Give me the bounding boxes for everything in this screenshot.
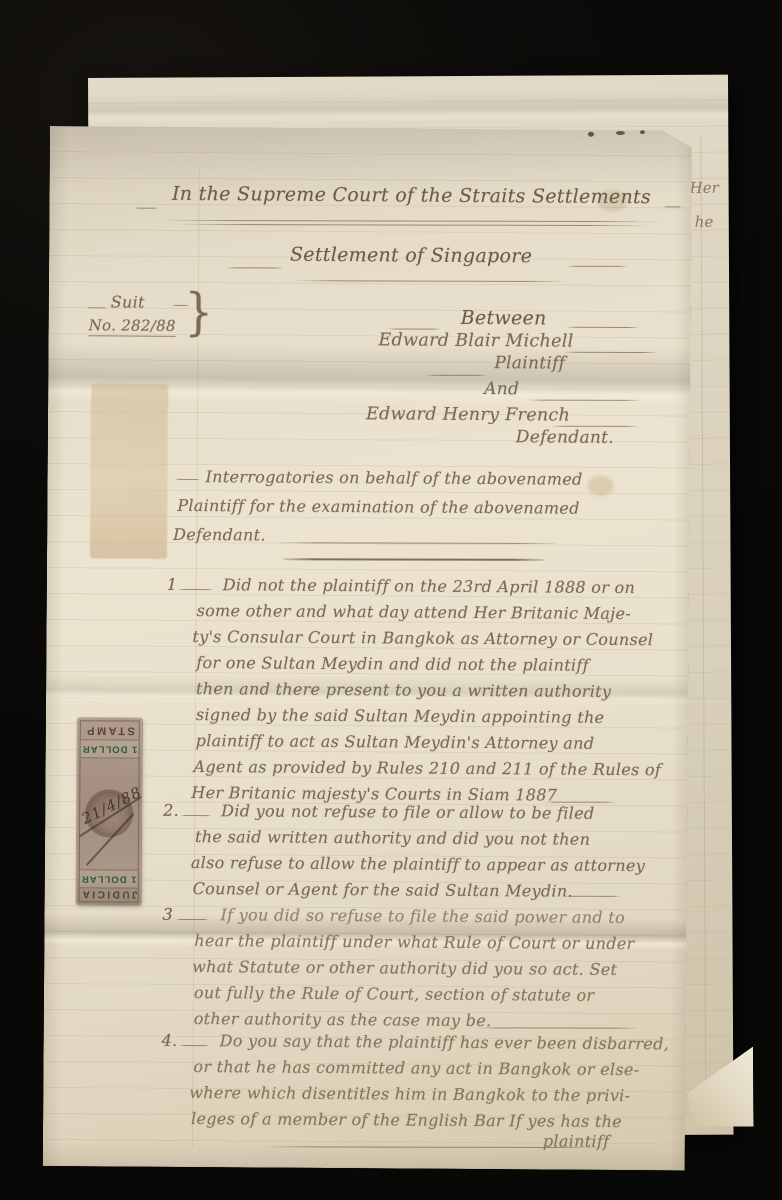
paragraph-line: the said written authority and did you n…	[195, 827, 590, 849]
ink-rule	[279, 542, 557, 544]
ink-dash	[567, 266, 627, 267]
paragraph-line: Counsel or Agent for the said Sultan Mey…	[193, 879, 573, 901]
plaintiff-label: Plaintiff	[494, 353, 565, 373]
stamp-face: JUDICIAL 1 DOLLAR 1 DOLLAR STAMP	[80, 721, 139, 901]
queen-portrait-medallion	[87, 792, 131, 836]
ink-rule	[567, 327, 639, 328]
paper-stain	[587, 476, 613, 496]
preamble-line: Defendant.	[173, 525, 266, 545]
paragraph-line: Do you say that the plaintiff has ever b…	[220, 1031, 670, 1053]
ink-dash	[176, 919, 208, 920]
paragraph-line: out fully the Rule of Court, section of …	[194, 983, 595, 1005]
paragraph-line: plaintiff to act as Sultan Meydin's Atto…	[196, 731, 595, 753]
paragraph-line: some other and what day attend Her Brita…	[197, 601, 631, 623]
heading-underline	[297, 280, 563, 282]
stamp-value-label: 1 DOLLAR	[80, 869, 138, 888]
paragraph-line: or that he has committed any act in Bang…	[193, 1057, 639, 1079]
suit-brace: }	[184, 283, 213, 342]
ink-rule	[565, 896, 621, 897]
paper-speck	[640, 130, 645, 134]
paragraph-number: 4.	[162, 1031, 178, 1050]
paragraph-line: other authority as the case may be.	[194, 1009, 492, 1030]
settlement-heading: Settlement of Singapore	[261, 243, 561, 267]
folded-corner	[687, 1047, 753, 1127]
court-heading: In the Supreme Court of the Straits Sett…	[161, 183, 661, 208]
paragraph-line: then and there present to you a written …	[196, 679, 611, 701]
defendant-label: Defendant.	[516, 427, 614, 448]
stamp-word-label: STAMP	[81, 721, 139, 739]
back-page-text-fragment: Her	[690, 179, 719, 197]
heading-underline	[181, 224, 647, 226]
and-word: And	[484, 379, 519, 399]
heading-underline	[167, 220, 659, 222]
stamp-value-label: 1 DOLLAR	[81, 739, 139, 758]
paragraph-line: for one Sultan Meydin and did not the pl…	[196, 653, 589, 675]
ink-dash	[663, 206, 681, 207]
paper-speck	[616, 131, 625, 135]
front-page: In the Supreme Court of the Straits Sett…	[43, 126, 692, 1170]
paragraph-line: ty's Consular Court in Bangkok as Attorn…	[192, 627, 653, 649]
paragraph-line: where which disentitles him in Bangkok t…	[189, 1083, 630, 1105]
stamp-judicial-label: JUDICIAL	[80, 888, 138, 901]
preamble-line: Plaintiff for the examination of the abo…	[177, 496, 579, 518]
paragraph-line: also refuse to allow the plaintiff to ap…	[191, 853, 645, 875]
paper-speck	[588, 132, 594, 137]
ink-rule	[564, 352, 656, 353]
back-page-crease	[88, 91, 728, 124]
ink-dash	[135, 208, 157, 209]
catchword: plaintiff	[543, 1131, 610, 1150]
ink-dash	[180, 1045, 210, 1046]
preamble-line: Interrogatories on behalf of the abovena…	[205, 467, 582, 489]
revenue-stamp: JUDICIAL 1 DOLLAR 1 DOLLAR STAMP 21/4/88	[77, 718, 142, 904]
tape-stain	[90, 383, 168, 559]
defendant-name: Edward Henry French	[366, 404, 570, 425]
between-word: Between	[449, 307, 559, 330]
back-page-margin-line	[700, 135, 706, 1085]
paragraph-line: If you did so refuse to file the said po…	[220, 905, 625, 927]
ink-dash	[227, 267, 283, 268]
paragraph-number: 1	[167, 575, 178, 594]
paragraph-line: what Statute or other authority did you …	[192, 957, 617, 979]
back-page-text-fragment: he	[695, 213, 714, 231]
ink-dash	[87, 307, 107, 308]
paragraph-line: Agent as provided by Rules 210 and 211 o…	[193, 757, 661, 779]
suit-number: No. 282/88	[89, 316, 176, 337]
stamp-medallion	[80, 758, 139, 869]
paragraph-line: Did you not refuse to file or allow to b…	[221, 801, 594, 823]
paragraph-number: 3	[162, 905, 173, 924]
suit-label: Suit	[111, 292, 145, 311]
photograph-stage: Her he In the Supreme Court of the Strai…	[0, 0, 782, 1200]
paragraph-line: leges of a member of the English Bar If …	[191, 1109, 622, 1131]
paragraph-number: 2.	[163, 801, 179, 820]
paragraph-line: hear the plaintiff under what Rule of Co…	[194, 931, 634, 953]
ink-dash	[176, 479, 200, 480]
plaintiff-name: Edward Blair Michell	[378, 330, 573, 351]
section-divider-rule	[283, 558, 545, 561]
ink-rule	[478, 1027, 638, 1029]
ink-rule	[426, 375, 486, 376]
ink-dash	[179, 589, 213, 590]
paragraph-line: signed by the said Sultan Meydin appoint…	[196, 705, 605, 727]
paragraph-line: Did not the plaintiff on the 23rd April …	[223, 575, 635, 597]
ink-dash	[181, 815, 211, 816]
